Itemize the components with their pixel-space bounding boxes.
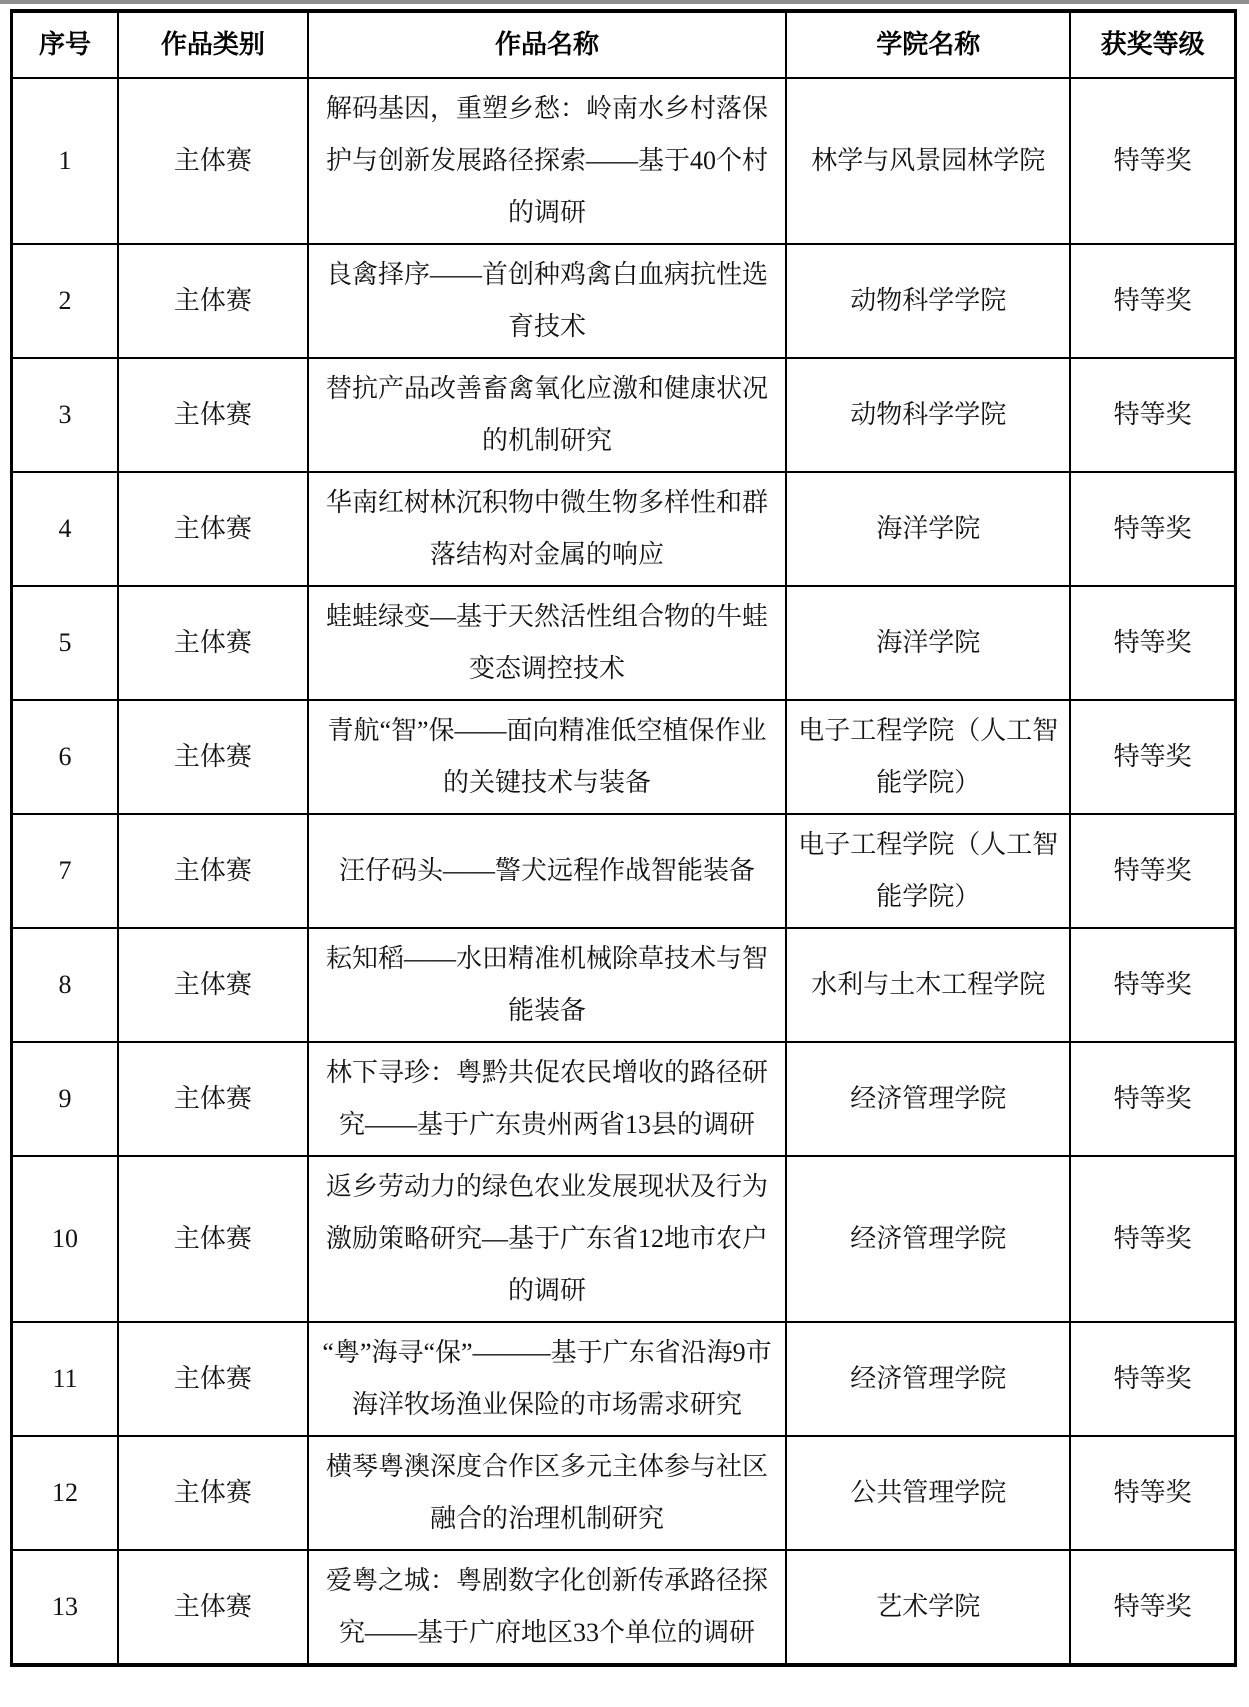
row-category-cell: 主体赛 (118, 928, 308, 1042)
table-row: 6 主体赛 青航“智”保——面向精准低空植保作业的关键技术与装备 电子工程学院（… (12, 700, 1236, 814)
row-category-cell: 主体赛 (118, 358, 308, 472)
table-row: 9 主体赛 林下寻珍：粤黔共促农民增收的路径研究——基于广东贵州两省13县的调研… (12, 1042, 1236, 1156)
table-row: 1 主体赛 解码基因，重塑乡愁：岭南水乡村落保护与创新发展路径探索——基于40个… (12, 78, 1236, 244)
row-category-cell: 主体赛 (118, 700, 308, 814)
row-category-cell: 主体赛 (118, 78, 308, 244)
row-award-cell: 特等奖 (1070, 358, 1235, 472)
row-number-cell: 6 (12, 700, 118, 814)
row-college-cell: 动物科学学院 (786, 244, 1070, 358)
table-row: 3 主体赛 替抗产品改善畜禽氧化应激和健康状况的机制研究 动物科学学院 特等奖 (12, 358, 1236, 472)
row-title-cell: 汪仔码头——警犬远程作战智能装备 (308, 814, 787, 928)
table-row: 4 主体赛 华南红树林沉积物中微生物多样性和群落结构对金属的响应 海洋学院 特等… (12, 472, 1236, 586)
row-category-cell: 主体赛 (118, 1156, 308, 1322)
row-number-cell: 9 (12, 1042, 118, 1156)
row-title-cell: 横琴粤澳深度合作区多元主体参与社区融合的治理机制研究 (308, 1436, 787, 1550)
row-number-cell: 8 (12, 928, 118, 1042)
row-title-cell: 青航“智”保——面向精准低空植保作业的关键技术与装备 (308, 700, 787, 814)
table-row: 8 主体赛 耘知稻——水田精准机械除草技术与智能装备 水利与土木工程学院 特等奖 (12, 928, 1236, 1042)
row-category-cell: 主体赛 (118, 472, 308, 586)
row-title-cell: 林下寻珍：粤黔共促农民增收的路径研究——基于广东贵州两省13县的调研 (308, 1042, 787, 1156)
row-title-cell: 爱粤之城：粤剧数字化创新传承路径探究——基于广府地区33个单位的调研 (308, 1550, 787, 1665)
row-number-cell: 2 (12, 244, 118, 358)
row-college-cell: 电子工程学院（人工智能学院） (786, 814, 1070, 928)
table-row: 10 主体赛 返乡劳动力的绿色农业发展现状及行为激励策略研究—基于广东省12地市… (12, 1156, 1236, 1322)
award-table: 序号 作品类别 作品名称 学院名称 获奖等级 1 主体赛 解码基因，重塑乡愁：岭… (10, 9, 1237, 1667)
row-number-cell: 5 (12, 586, 118, 700)
row-category-cell: 主体赛 (118, 1550, 308, 1665)
header-award: 获奖等级 (1070, 11, 1235, 78)
row-category-cell: 主体赛 (118, 244, 308, 358)
row-award-cell: 特等奖 (1070, 472, 1235, 586)
row-number-cell: 12 (12, 1436, 118, 1550)
table-row: 12 主体赛 横琴粤澳深度合作区多元主体参与社区融合的治理机制研究 公共管理学院… (12, 1436, 1236, 1550)
row-award-cell: 特等奖 (1070, 1322, 1235, 1436)
row-award-cell: 特等奖 (1070, 700, 1235, 814)
row-category-cell: 主体赛 (118, 586, 308, 700)
row-college-cell: 林学与风景园林学院 (786, 78, 1070, 244)
row-category-cell: 主体赛 (118, 814, 308, 928)
award-table-body: 1 主体赛 解码基因，重塑乡愁：岭南水乡村落保护与创新发展路径探索——基于40个… (12, 78, 1236, 1665)
row-college-cell: 电子工程学院（人工智能学院） (786, 700, 1070, 814)
row-number-cell: 11 (12, 1322, 118, 1436)
row-title-cell: 返乡劳动力的绿色农业发展现状及行为激励策略研究—基于广东省12地市农户的调研 (308, 1156, 787, 1322)
table-row: 11 主体赛 “粤”海寻“保”———基于广东省沿海9市海洋牧场渔业保险的市场需求… (12, 1322, 1236, 1436)
row-category-cell: 主体赛 (118, 1042, 308, 1156)
row-category-cell: 主体赛 (118, 1322, 308, 1436)
row-title-cell: 华南红树林沉积物中微生物多样性和群落结构对金属的响应 (308, 472, 787, 586)
row-college-cell: 动物科学学院 (786, 358, 1070, 472)
row-college-cell: 经济管理学院 (786, 1322, 1070, 1436)
row-award-cell: 特等奖 (1070, 586, 1235, 700)
row-number-cell: 13 (12, 1550, 118, 1665)
row-category-cell: 主体赛 (118, 1436, 308, 1550)
row-college-cell: 经济管理学院 (786, 1156, 1070, 1322)
header-title: 作品名称 (308, 11, 787, 78)
row-title-cell: 蛙蛙绿变—基于天然活性组合物的牛蛙变态调控技术 (308, 586, 787, 700)
page-top-edge (0, 0, 1249, 4)
row-college-cell: 海洋学院 (786, 586, 1070, 700)
row-award-cell: 特等奖 (1070, 928, 1235, 1042)
row-college-cell: 公共管理学院 (786, 1436, 1070, 1550)
table-row: 2 主体赛 良禽择序——首创种鸡禽白血病抗性选育技术 动物科学学院 特等奖 (12, 244, 1236, 358)
header-category: 作品类别 (118, 11, 308, 78)
header-no: 序号 (12, 11, 118, 78)
header-row: 序号 作品类别 作品名称 学院名称 获奖等级 (12, 11, 1236, 78)
row-number-cell: 3 (12, 358, 118, 472)
row-title-cell: 替抗产品改善畜禽氧化应激和健康状况的机制研究 (308, 358, 787, 472)
row-college-cell: 水利与土木工程学院 (786, 928, 1070, 1042)
row-number-cell: 7 (12, 814, 118, 928)
row-college-cell: 经济管理学院 (786, 1042, 1070, 1156)
row-number-cell: 4 (12, 472, 118, 586)
row-title-cell: 解码基因，重塑乡愁：岭南水乡村落保护与创新发展路径探索——基于40个村的调研 (308, 78, 787, 244)
row-title-cell: 耘知稻——水田精准机械除草技术与智能装备 (308, 928, 787, 1042)
row-title-cell: “粤”海寻“保”———基于广东省沿海9市海洋牧场渔业保险的市场需求研究 (308, 1322, 787, 1436)
row-award-cell: 特等奖 (1070, 814, 1235, 928)
table-row: 13 主体赛 爱粤之城：粤剧数字化创新传承路径探究——基于广府地区33个单位的调… (12, 1550, 1236, 1665)
table-row: 5 主体赛 蛙蛙绿变—基于天然活性组合物的牛蛙变态调控技术 海洋学院 特等奖 (12, 586, 1236, 700)
row-title-cell: 良禽择序——首创种鸡禽白血病抗性选育技术 (308, 244, 787, 358)
table-row: 7 主体赛 汪仔码头——警犬远程作战智能装备 电子工程学院（人工智能学院） 特等… (12, 814, 1236, 928)
row-college-cell: 海洋学院 (786, 472, 1070, 586)
row-award-cell: 特等奖 (1070, 1550, 1235, 1665)
row-award-cell: 特等奖 (1070, 1156, 1235, 1322)
row-college-cell: 艺术学院 (786, 1550, 1070, 1665)
row-award-cell: 特等奖 (1070, 1436, 1235, 1550)
row-number-cell: 1 (12, 78, 118, 244)
row-number-cell: 10 (12, 1156, 118, 1322)
row-award-cell: 特等奖 (1070, 78, 1235, 244)
award-table-header: 序号 作品类别 作品名称 学院名称 获奖等级 (12, 11, 1236, 78)
row-award-cell: 特等奖 (1070, 1042, 1235, 1156)
header-college: 学院名称 (786, 11, 1070, 78)
row-award-cell: 特等奖 (1070, 244, 1235, 358)
